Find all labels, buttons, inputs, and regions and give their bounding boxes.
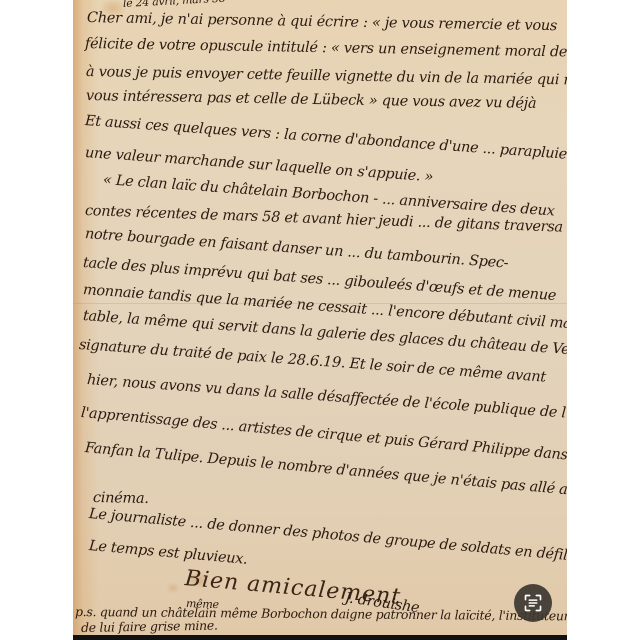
image-bottom-edge (73, 635, 567, 640)
image-viewer: le 24 avril, mars 58 Cher ami, je n'ai p… (0, 0, 640, 640)
postscript-line-2: de lui faire grise mine. (81, 618, 218, 635)
letter-line-17: cinéma. (93, 490, 149, 507)
letter-line-3: à vous je puis envoyer cette feuille vig… (86, 64, 567, 89)
text-scan-button[interactable] (514, 584, 552, 622)
letter-line-2: félicite de votre opuscule intitulé : « … (85, 36, 567, 62)
text-scan-icon (523, 593, 543, 613)
letter-line-4: vous intéressera pas et celle de Lübeck … (86, 88, 537, 112)
letter-page: le 24 avril, mars 58 Cher ami, je n'ai p… (73, 0, 567, 636)
letter-line-1: Cher ami, je n'ai personne à qui écrire … (87, 10, 557, 34)
letter-date-note: le 24 avril, mars 58 (123, 0, 226, 10)
letter-line-19: Le temps est pluvieux. (88, 538, 248, 568)
